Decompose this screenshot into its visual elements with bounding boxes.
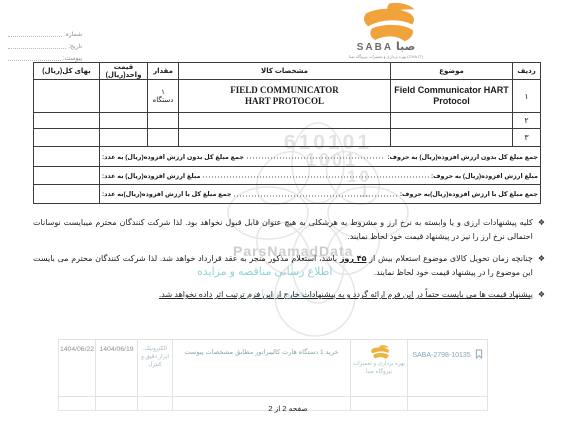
note-form-requirement: ❖ پیشنهاد قیمت ها می بایست حتماً در این …: [33, 288, 545, 302]
header-unit-price: قیمت واحد(ریال): [100, 63, 148, 80]
subtotal-number-label: جمع مبلغ کل بدون ارزش افزوده(ریال) به عد…: [102, 153, 244, 161]
date-field-label: تاریخ:: [68, 43, 82, 50]
grand-total-value-cell: [34, 185, 100, 204]
category-line3: کنترل: [139, 361, 171, 369]
grand-total-label-flex: جمع مبلغ کل با ارزش افزوده(ریال)به حروف:…: [102, 190, 538, 198]
row2-subject: [391, 113, 513, 129]
tender-code-cell[interactable]: SABA-2798-10135: [408, 340, 488, 397]
vat-value-cell: [34, 167, 100, 185]
row3-unit-price: [100, 129, 148, 147]
tender-description: خرید 1 دستگاه هارت کالیبراتور مطابق مشخص…: [173, 340, 351, 397]
attachment-field-row: پیوست:: [8, 51, 82, 62]
table-header-row: ردیف موضوع مشخصات کالا مقدار قیمت واحد(ر…: [34, 63, 541, 80]
saba-brand-row: SABA صبا: [323, 40, 449, 53]
subtotal-value-cell: [34, 147, 100, 167]
row1-qty: ۱ دستگاه: [148, 80, 179, 113]
row3-index: ۳: [513, 129, 541, 147]
row2-unit-price: [100, 113, 148, 129]
header-specs: مشخصات کالا: [179, 63, 391, 80]
row1-total-price: [34, 80, 100, 113]
grand-total-label-cell: جمع مبلغ کل با ارزش افزوده(ریال)به حروف:…: [100, 185, 541, 204]
summary-row-subtotal: جمع مبلغ کل بدون ارزش افزوده(ریال) به حر…: [34, 147, 541, 167]
header-row-number: ردیف: [513, 63, 541, 80]
header-total-price: بهای کل(ریال): [34, 63, 100, 80]
organization-cell: بهره برداری و تعمیرات نیروگاه صبا: [351, 340, 408, 397]
summary-row-grand-total: جمع مبلغ کل با ارزش افزوده(ریال)به حروف:…: [34, 185, 541, 204]
organization-line2: نیروگاه صبا: [352, 368, 406, 376]
row1-unit-price: [100, 80, 148, 113]
category-line1: الکترونیک،: [139, 345, 171, 353]
saba-brand-latin: SABA: [357, 42, 393, 53]
terms-section: ❖ کلیه پیشنهادات ارزی و یا وابسته به نرخ…: [33, 216, 545, 311]
summary-row-vat: مبلغ ارزش افزوده(ریال) به حروف: مبلغ ارز…: [34, 167, 541, 185]
row3-specs: [179, 129, 391, 147]
number-field-label: شماره:: [64, 31, 82, 38]
date-field-line: [8, 40, 66, 49]
row3-qty: [148, 129, 179, 147]
bullet-diamond-icon: ❖: [538, 288, 545, 302]
row2-index: ۲: [513, 113, 541, 129]
note-currency-terms: ❖ کلیه پیشنهادات ارزی و یا وابسته به نرخ…: [33, 216, 545, 243]
subtotal-label-cell: جمع مبلغ کل بدون ارزش افزوده(ریال) به حر…: [100, 147, 541, 167]
vat-label-cell: مبلغ ارزش افزوده(ریال) به حروف: مبلغ ارز…: [100, 167, 541, 185]
row2-qty: [148, 113, 179, 129]
letterhead-fields: شماره: تاریخ: پیوست:: [8, 27, 82, 63]
saba-flame-icon: [355, 2, 417, 42]
publish-date: 1404/06/19: [96, 340, 138, 397]
saba-logo-tagline: بهره برداری و تعمیرات نیروگاه صبا (CHA.I…: [323, 54, 449, 59]
organization-line1: بهره برداری و تعمیرات: [352, 360, 406, 368]
row1-specs-line2: HART PROTOCOL: [181, 96, 388, 107]
grand-total-dotted-leader: [233, 194, 397, 198]
subtotal-dotted-leader: [246, 156, 385, 160]
note-delivery-pre: چنانچه زمان تحویل کالای موضوع استعلام بی…: [366, 254, 532, 263]
saba-brand-farsi: صبا: [396, 40, 415, 53]
price-inquiry-table: ردیف موضوع مشخصات کالا مقدار قیمت واحد(ر…: [33, 62, 541, 204]
deadline-date: 1404/06/22: [59, 340, 96, 397]
header-qty: مقدار: [148, 63, 179, 80]
metadata-row: 1404/06/22 1404/06/19 الکترونیک، ابزار د…: [59, 340, 488, 397]
page-number: صفحه 2 از 2: [0, 404, 576, 413]
saba-logo: SABA صبا بهره برداری و تعمیرات نیروگاه ص…: [323, 2, 449, 59]
row2-total-price: [34, 113, 100, 129]
row1-specs-line1: FIELD COMMUNICATOR: [181, 85, 388, 96]
row3-subject: [391, 129, 513, 147]
grand-total-number-label: جمع مبلغ کل با ارزش افزوده(ریال)به عدد:: [102, 190, 231, 198]
note-delivery-duration: ۴۵ روز: [340, 254, 367, 263]
subtotal-label-flex: جمع مبلغ کل بدون ارزش افزوده(ریال) به حر…: [102, 153, 538, 161]
category-line2: ابزار دقیق و: [139, 353, 171, 361]
subtotal-words-label: جمع مبلغ کل بدون ارزش افزوده(ریال) به حر…: [387, 153, 538, 161]
row1-specs: FIELD COMMUNICATOR HART PROTOCOL: [179, 80, 391, 113]
attachment-field-label: پیوست:: [63, 55, 82, 62]
grand-total-words-label: جمع مبلغ کل با ارزش افزوده(ریال)به حروف:: [400, 190, 538, 198]
number-field-line: [8, 28, 62, 37]
row1-index: ۱: [513, 80, 541, 113]
table-row: ۳: [34, 129, 541, 147]
vat-dotted-leader: [202, 175, 429, 179]
vat-words-label: مبلغ ارزش افزوده(ریال) به حروف:: [431, 172, 538, 180]
row1-subject: Field Communicator HART Protocol: [391, 80, 513, 113]
vat-number-label: مبلغ ارزش افزوده(ریال) به عدد:: [102, 172, 200, 180]
tender-metadata-strip: 1404/06/22 1404/06/19 الکترونیک، ابزار د…: [58, 339, 488, 411]
row2-specs: [179, 113, 391, 129]
table-row: ۱ Field Communicator HART Protocol FIELD…: [34, 80, 541, 113]
attachment-field-line: [8, 52, 61, 61]
category-cell: الکترونیک، ابزار دقیق و کنترل: [138, 340, 173, 397]
vat-label-flex: مبلغ ارزش افزوده(ریال) به حروف: مبلغ ارز…: [102, 172, 538, 180]
note-form-requirement-text: پیشنهاد قیمت ها می بایست حتماً در این فر…: [159, 288, 533, 302]
bullet-diamond-icon: ❖: [538, 216, 545, 243]
date-field-row: تاریخ:: [8, 39, 82, 50]
row3-total-price: [34, 129, 100, 147]
bookmark-icon[interactable]: [475, 349, 483, 359]
header-subject: موضوع: [391, 63, 513, 80]
tender-code-link[interactable]: SABA-2798-10135: [412, 352, 470, 359]
number-field-row: شماره:: [8, 27, 82, 38]
note-currency-text: کلیه پیشنهادات ارزی و یا وابسته به نرخ ا…: [33, 216, 533, 243]
saba-flame-mini-icon: [368, 345, 390, 359]
note-delivery-text: چنانچه زمان تحویل کالای موضوع استعلام بی…: [33, 252, 533, 279]
bullet-diamond-icon: ❖: [538, 252, 545, 279]
note-delivery-terms: ❖ چنانچه زمان تحویل کالای موضوع استعلام …: [33, 252, 545, 279]
table-row: ۲: [34, 113, 541, 129]
